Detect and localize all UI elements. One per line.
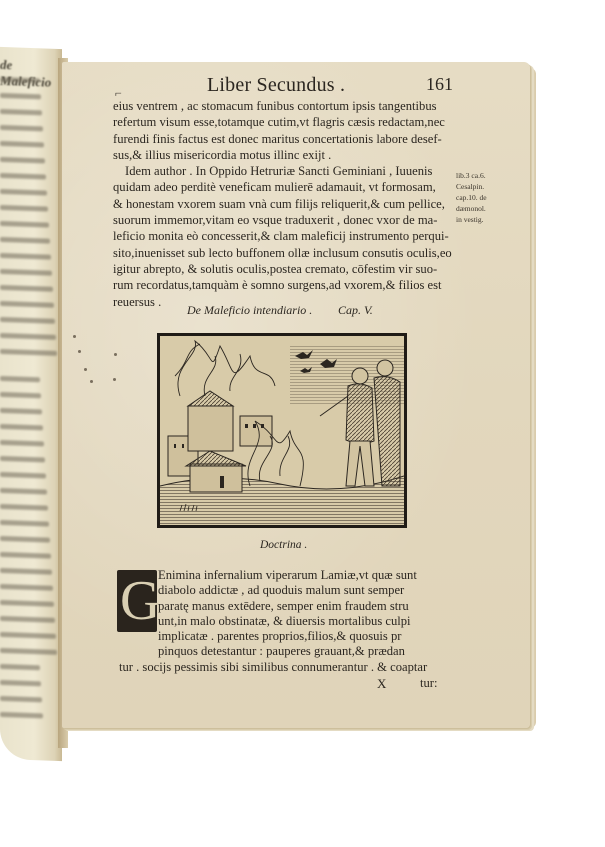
chapter-number: Cap. V. — [338, 303, 373, 318]
body-line: igitur abrepto, & solutis oculis,postea … — [113, 261, 458, 277]
body-line: eius ventrem , ac stomacum funibus conto… — [113, 98, 458, 114]
doctrina-line: unt,in malo obstinatæ, & diuersis mortal… — [158, 614, 417, 629]
left-page-line — [0, 157, 45, 164]
left-page-line — [0, 600, 54, 607]
body-line: leficio monita eò concesserit,& clam mal… — [113, 228, 458, 244]
chapter-title: De Maleficio intendiario . — [187, 303, 312, 318]
body-line: sus,& illius misericordia motus illinc e… — [113, 147, 458, 163]
left-page-line — [0, 424, 43, 431]
doctrina-last-line: tur . socijs pessimis sibi similibus con… — [119, 660, 427, 675]
marginal-note: lib.3 ca.6. Cesalpin. cap.10. de dæmonol… — [456, 170, 516, 225]
left-page-line — [0, 109, 42, 115]
left-page-line — [0, 376, 40, 382]
marginal-line: lib.3 ca.6. — [456, 170, 516, 181]
left-page-line — [0, 269, 52, 276]
left-page-line — [0, 237, 50, 244]
doctrina-text: Enimina infernalium viperarum Lamiæ,vt q… — [158, 568, 417, 644]
body-line: suorum immemor,vitam eo vsque traduxerit… — [113, 212, 458, 228]
left-page-line — [0, 173, 46, 180]
initial-letter: G — [120, 570, 160, 632]
left-page-line — [0, 125, 43, 132]
marginal-line: Cesalpin. — [456, 181, 516, 192]
body-line: Idem author . In Oppido Hetruriæ Sancti … — [113, 163, 458, 179]
left-page-line — [0, 141, 44, 148]
body-line: & honestam vxorem suam vnà cum filijs re… — [113, 196, 458, 212]
left-page-line — [0, 301, 54, 308]
doctrina-line: paratę manus extēdere, semper enim fraud… — [158, 599, 417, 614]
doctrina-line: diabolo addictæ , ad quoduis malum sunt … — [158, 583, 417, 598]
catchword: tur: — [420, 676, 438, 691]
left-page-line — [0, 584, 53, 591]
left-page-line — [0, 77, 40, 83]
body-line: sito,inuenisset sub lecto buffonem ollæ … — [113, 245, 458, 261]
body-text: eius ventrem , ac stomacum funibus conto… — [113, 98, 458, 310]
body-line: refertum visum esse,totamque cutim,vt fl… — [113, 114, 458, 130]
left-page-line — [0, 712, 43, 719]
left-page-line — [0, 632, 56, 639]
left-page-line — [0, 520, 49, 527]
left-page-line — [0, 349, 57, 356]
left-page-text-blurred — [0, 77, 58, 730]
left-page-line — [0, 93, 41, 99]
left-page-line — [0, 472, 46, 479]
left-page-line — [0, 696, 42, 702]
doctrina-line: pinquos detestantur : pauperes grauant,&… — [158, 644, 405, 659]
marginal-line: dæmonol. — [456, 203, 516, 214]
left-page-line — [0, 648, 57, 655]
decorated-initial: G — [117, 570, 157, 632]
doctrina-line: implicatæ . parentes proprios,filios,& q… — [158, 629, 417, 644]
running-head: Liber Secundus . — [207, 74, 345, 97]
left-page-line — [0, 664, 40, 670]
left-page-line — [0, 536, 50, 543]
left-page-line — [0, 221, 49, 228]
left-page: de Maleficio — [0, 47, 62, 761]
left-page-line — [0, 568, 52, 575]
page-number: 161 — [426, 74, 453, 95]
left-page-line — [0, 285, 53, 292]
left-page-line — [0, 205, 48, 212]
left-page-line — [0, 317, 55, 324]
left-page-line — [0, 680, 41, 686]
left-page-line — [0, 392, 41, 398]
left-page-line — [0, 253, 51, 260]
body-line: rum recordatus,tamquàm è somno surgens,a… — [113, 277, 458, 293]
left-page-line — [0, 333, 56, 340]
left-page-line — [0, 189, 47, 196]
marginal-line: in vestig. — [456, 214, 516, 225]
left-page-line — [0, 408, 42, 414]
left-page-line — [0, 552, 51, 559]
left-page-line — [0, 456, 45, 463]
body-line: furendi finis factus est donec maritus c… — [113, 131, 458, 147]
woodcut-illustration — [157, 333, 407, 528]
left-page-line — [0, 440, 44, 447]
burning-town-woodcut-icon — [160, 336, 404, 525]
left-page-line — [0, 488, 47, 495]
left-page-line — [0, 616, 55, 623]
doctrina-line: Enimina infernalium viperarum Lamiæ,vt q… — [158, 568, 417, 583]
body-line: quidam adeo perditè veneficam mulierē ad… — [113, 179, 458, 195]
illustration-caption: Doctrina . — [260, 539, 307, 551]
signature-mark: X — [377, 676, 386, 692]
left-page-line — [0, 504, 48, 511]
marginal-line: cap.10. de — [456, 192, 516, 203]
